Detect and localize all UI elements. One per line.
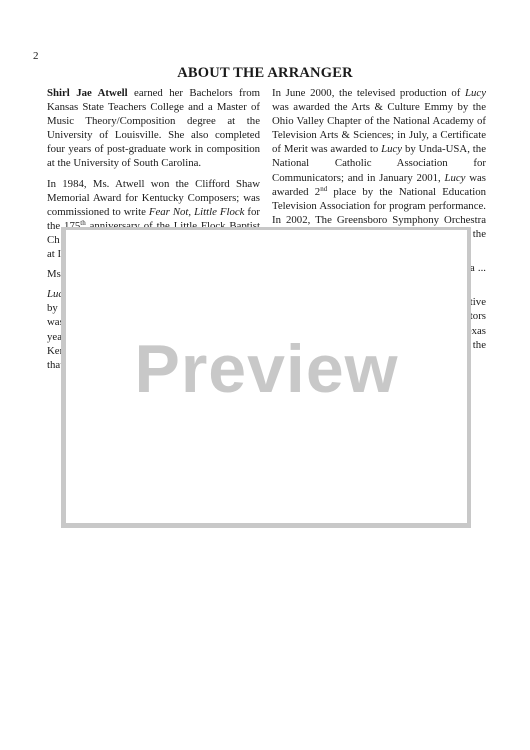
page-number: 2 (33, 50, 39, 62)
work-title: Fear Not, Little Flock (149, 206, 245, 218)
preview-label: Preview (66, 330, 467, 408)
arranger-name: Shirl Jae Atwell (47, 87, 128, 99)
bio-paragraph-1: Shirl Jae Atwell earned her Bachelors fr… (47, 86, 260, 171)
page-title: ABOUT THE ARRANGER (0, 65, 530, 82)
preview-watermark-overlay: Preview (61, 227, 471, 528)
